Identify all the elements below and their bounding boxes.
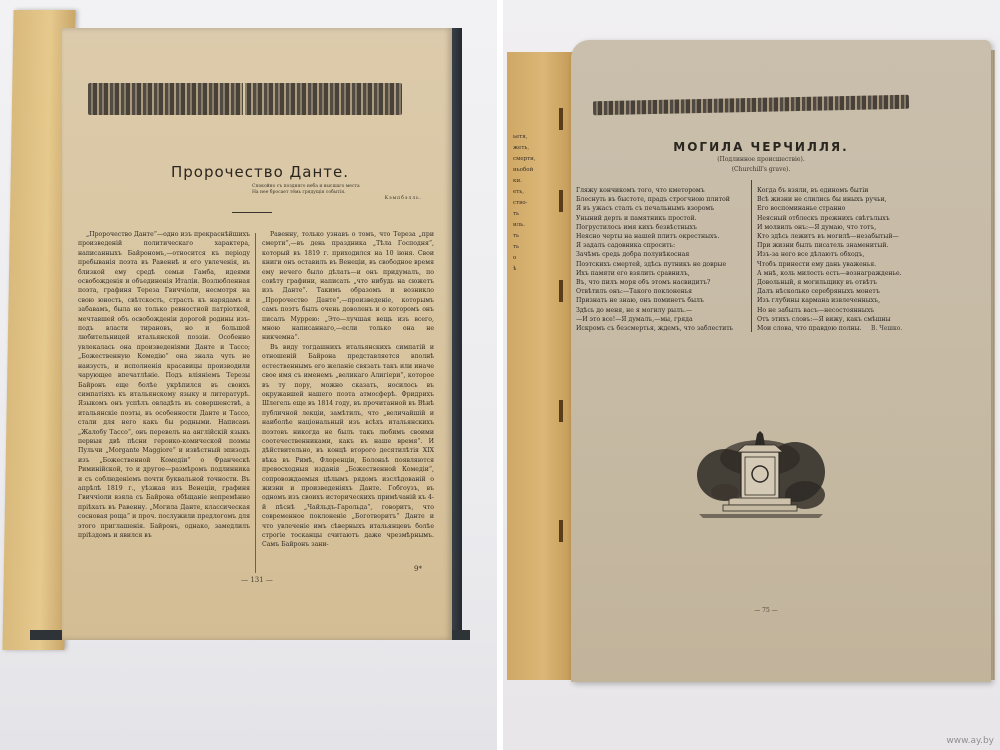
text-column-1: „Пророчество Данте“—одно изъ прекраснѣйш… [78, 230, 250, 578]
text-fragment: ть [513, 242, 539, 253]
text-fragment: ть [513, 209, 539, 220]
poem-line: Чтобъ принести ему дань уваженья. [757, 260, 927, 269]
page-title: Пророчество Данте. [160, 163, 360, 181]
poem-line: Его воспоминанье странно [757, 204, 927, 213]
epigraph-author: Кэмпбэлль. [252, 196, 422, 202]
poem-column-1: Гляжу кончикомъ того, что кметоромъ Блес… [576, 186, 746, 338]
text-fragment: ть [513, 231, 539, 242]
book-page-131: Пророчество Данте. Спокойно съ поздняго … [62, 28, 452, 640]
right-photo: ьетя, жеть, смерти, ньобой ки. еть, ство… [503, 0, 1000, 750]
poem-line: Кто здѣсь лежитъ въ могилѣ—незабытый— [757, 232, 927, 241]
text-fragment: еть, [513, 187, 539, 198]
poem-line: Уныний дерть и памятникъ простой. [576, 214, 746, 223]
poem-line: Погрустилось имя кихъ безвѣстныхъ [576, 223, 746, 232]
ornamental-header-band [88, 83, 402, 115]
paragraph: Равенну, только узнавъ о томъ, что Терез… [262, 230, 434, 343]
column-divider [255, 233, 256, 573]
poem-line: Гляжу кончикомъ того, что кметоромъ [576, 186, 746, 195]
poem-line: Искромъ съ безсмертья, ждемъ, что заблес… [576, 324, 746, 333]
poem-line: Всѣ жизни не слились бы иныхъ ручьи, [757, 195, 927, 204]
text-fragment: ьетя, [513, 132, 539, 143]
poem-line: Когда бъ взяли, въ единомъ бытіи [757, 186, 927, 195]
text-column-2: Равенну, только узнавъ о томъ, что Терез… [262, 230, 434, 578]
text-fragment: ѣ [513, 264, 539, 275]
poem-line: Блеснуть въ быстоте, прадъ строгчною пли… [576, 195, 746, 204]
poem-line: Но не забылъ васъ—несостоянныхъ [757, 306, 927, 315]
signature-mark: 9* [414, 565, 422, 573]
poem-line: Зачѣмъ средь добра полуиѣкосная [576, 250, 746, 259]
page-number: — 75 — [736, 607, 796, 614]
poem-line: При жизни былъ писатель знаменитый. [757, 241, 927, 250]
binding-stitch [559, 280, 563, 302]
monument-engraving-illustration [695, 430, 827, 520]
poem-line: Я задалъ садовника спросить: [576, 241, 746, 250]
binding-stitch [559, 400, 563, 422]
text-fragment: о [513, 253, 539, 264]
binding-stitch [559, 108, 563, 130]
poem-line: Довольный, я могильщику въ отвѣтъ [757, 278, 927, 287]
poem-line: А мнѣ, коль милость есть—вознагражденье. [757, 269, 927, 278]
poem-line: Изъ-за него все дѣлаютъ обходъ, [757, 250, 927, 259]
text-fragment: жеть, [513, 143, 539, 154]
poem-line: И молвилъ онъ:—Я думаю, что тотъ, [757, 223, 927, 232]
text-fragment: иль. [513, 220, 539, 231]
poem-line: Неясный отблескъ прежнихъ свѣтълыхъ [757, 214, 927, 223]
text-fragment: смерти, [513, 154, 539, 165]
page-subtitle-english: (Churchill's grave). [661, 166, 861, 173]
page-title: МОГИЛА ЧЕРЧИЛЛЯ. [661, 140, 861, 154]
poem-line: Я въ ужасъ сталъ съ печальнымъ взоромъ [576, 204, 746, 213]
previous-page: ьетя, жеть, смерти, ньобой ки. еть, ство… [507, 52, 573, 680]
page-number: — 131 — [222, 576, 292, 584]
poem-line: Далъ нѣсколько серебряныхъ монетъ [757, 287, 927, 296]
poem-line: Признать не знаю, онъ поминетъ былъ [576, 296, 746, 305]
poem-line: Изъ глубины кармана извлеченныхъ, [757, 296, 927, 305]
poem-line: Отъ этихъ словъ:—Я вижу, какъ смѣшны [757, 315, 927, 324]
poem-line: Здѣсь до меня, не я могилу рылъ.— [576, 306, 746, 315]
page-subtitle: (Подлинное происшествіе). [661, 156, 861, 163]
poem-line: Въ, что пилъ моря объ этомъ насвидитъ? [576, 278, 746, 287]
poem-line: Отвѣтилъ онъ:—Такого поклоненья [576, 287, 746, 296]
paragraph: „Пророчество Данте“—одно изъ прекраснѣйш… [78, 230, 250, 540]
paragraph: Въ виду тогдашнихъ итальянскихъ симпатій… [262, 343, 434, 550]
poem-line: —И это все!—Я думалъ,—мы, гряда [576, 315, 746, 324]
poem-column-2: Когда бъ взяли, въ единомъ бытіи Всѣ жиз… [757, 186, 927, 331]
binding-stitch [559, 190, 563, 212]
binding-stitch [559, 520, 563, 542]
column-divider [751, 180, 752, 332]
poem-line: Поэтскихъ смертей, здѣсь путникъ не довр… [576, 260, 746, 269]
text-fragment: ство- [513, 198, 539, 209]
epigraph: Спокойно съ поздняго неба и высшаго мест… [252, 184, 422, 202]
poem-author: В. Чешко. [871, 325, 902, 332]
poem-line: Ихъ памяти его взялить сравнилъ, [576, 269, 746, 278]
book-page-75: МОГИЛА ЧЕРЧИЛЛЯ. (Подлинное происшествіе… [571, 40, 991, 682]
poem-line: Неясно черты на нашей плитъ окрестныхъ. [576, 232, 746, 241]
ornamental-header-band [593, 95, 909, 116]
previous-page-text: ьетя, жеть, смерти, ньобой ки. еть, ство… [513, 132, 539, 275]
watermark: www.ay.by [946, 736, 994, 746]
left-photo: Пророчество Данте. Спокойно съ поздняго … [0, 0, 497, 750]
text-fragment: ки. [513, 176, 539, 187]
text-fragment: ньобой [513, 165, 539, 176]
title-rule [232, 212, 272, 213]
